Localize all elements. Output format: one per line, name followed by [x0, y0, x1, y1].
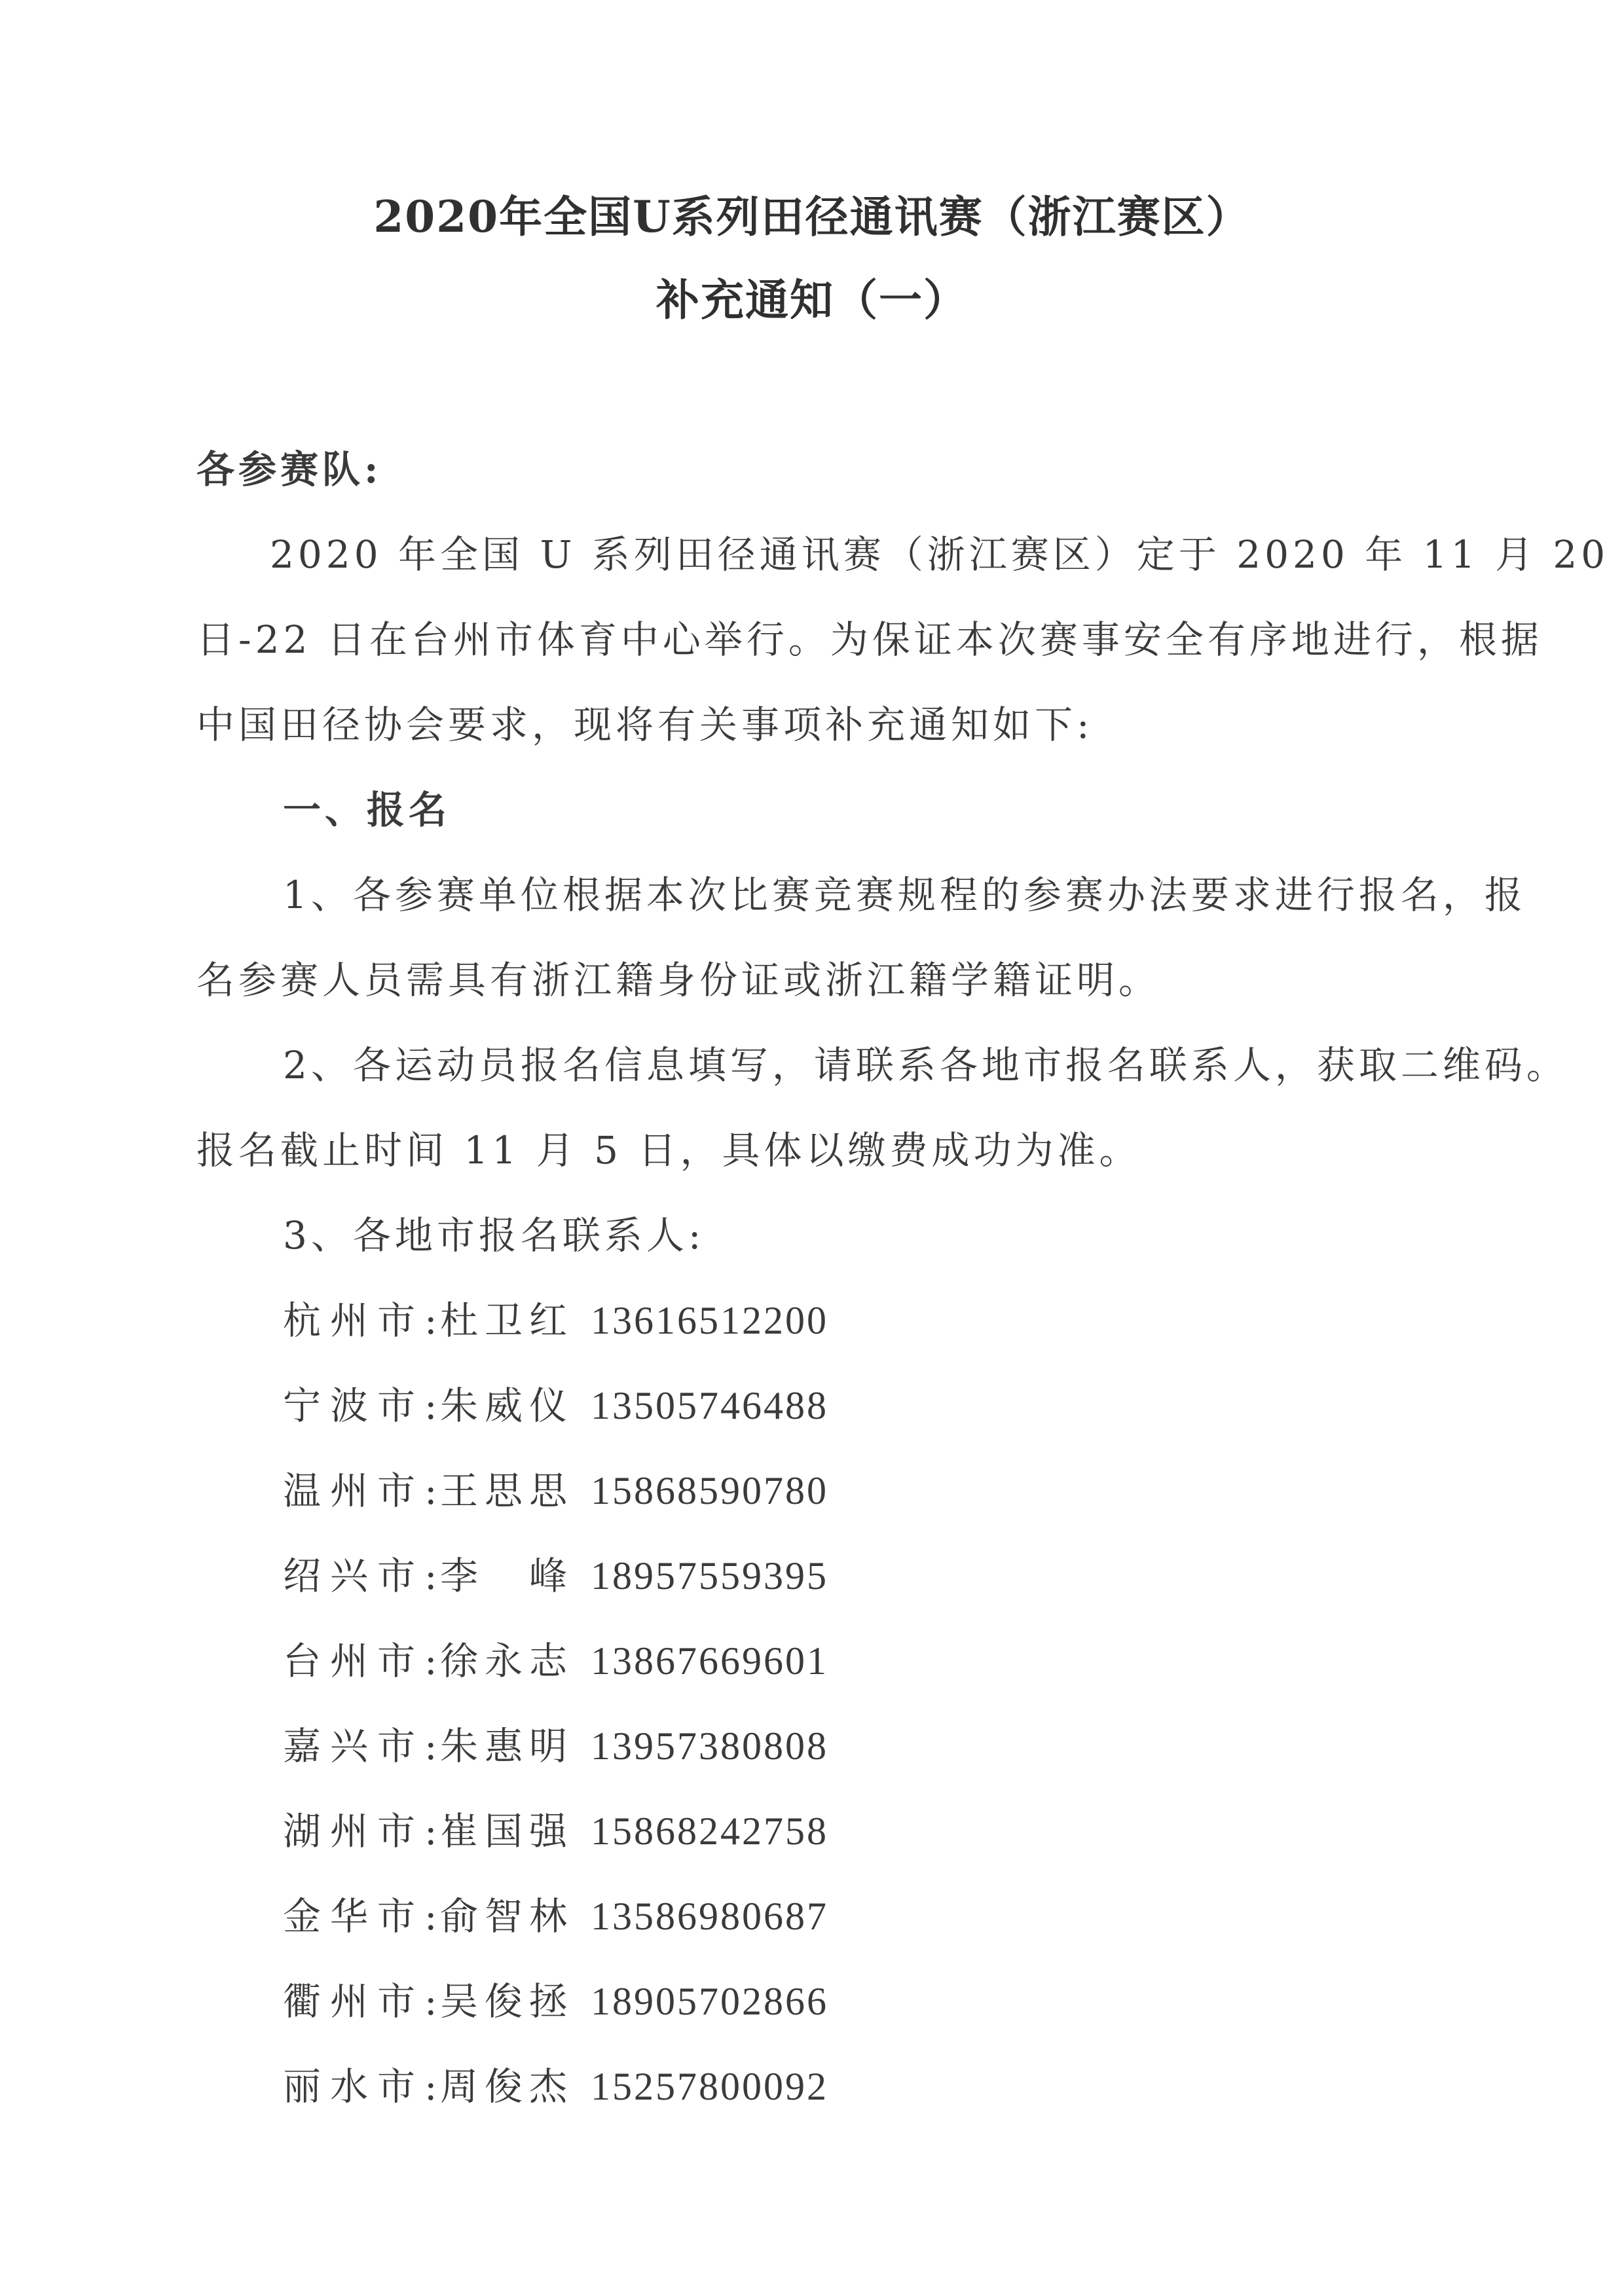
item1-line-1: 1、各参赛单位根据本次比赛竞赛规程的参赛办法要求进行报名，报: [283, 864, 1526, 919]
contact-city: 宁波市:: [283, 1375, 440, 1430]
contact-row: 宁波市: 朱威仪 13505746488: [283, 1375, 828, 1430]
item2-line-2: 报名截止时间 11 月 5 日，具体以缴费成功为准。: [196, 1120, 1141, 1175]
contact-row: 丽水市: 周俊杰 15257800092: [283, 2056, 828, 2111]
contact-row: 金华市: 俞智林 13586980687: [283, 1886, 828, 1941]
contact-city: 温州市:: [283, 1460, 440, 1515]
contact-name: 徐永志: [440, 1630, 591, 1685]
contact-phone: 15868590780: [591, 1468, 828, 1514]
document-subtitle: 补充通知（一）: [0, 265, 1624, 327]
contact-city: 衢州市:: [283, 1971, 440, 2026]
contact-name: 朱威仪: [440, 1375, 591, 1430]
contact-row: 衢州市: 吴俊拯 18905702866: [283, 1971, 828, 2026]
contact-name: 王思思: [440, 1460, 591, 1515]
contact-row: 温州市: 王思思 15868590780: [283, 1460, 828, 1515]
contact-phone: 13505746488: [591, 1383, 828, 1429]
item3-heading: 3、各地市报名联系人:: [283, 1205, 705, 1260]
salutation: 各参赛队:: [196, 439, 382, 494]
intro-line-3: 中国田径协会要求，现将有关事项补充通知如下:: [196, 694, 1094, 749]
item2-line-1: 2、各运动员报名信息填写，请联系各地市报名联系人，获取二维码。: [283, 1034, 1568, 1089]
section-heading-registration: 一、报名: [283, 779, 451, 834]
document-title: 2020年全国U系列田径通讯赛（浙江赛区）: [0, 182, 1624, 244]
contact-name: 崔国强: [440, 1800, 591, 1855]
contact-phone: 18905702866: [591, 1979, 828, 2024]
contact-name: 吴俊拯: [440, 1971, 591, 2026]
contact-row: 台州市: 徐永志 13867669601: [283, 1630, 828, 1685]
contact-phone: 15257800092: [591, 2064, 828, 2109]
contact-phone: 13586980687: [591, 1894, 828, 1939]
contact-name: 周俊杰: [440, 2056, 591, 2111]
contact-city: 湖州市:: [283, 1800, 440, 1855]
contact-name: 朱惠明: [440, 1715, 591, 1770]
intro-line-2: 日-22 日在台州市体育中心举行。为保证本次赛事安全有序地进行，根据: [196, 609, 1543, 664]
intro-line-1: 2020 年全国 U 系列田径通讯赛（浙江赛区）定于 2020 年 11 月 2…: [270, 524, 1609, 579]
contact-row: 杭州市: 杜卫红 13616512200: [283, 1290, 828, 1345]
contact-name: 杜卫红: [440, 1290, 591, 1345]
contact-row: 绍兴市: 李 峰 18957559395: [283, 1545, 828, 1600]
contact-phone: 18957559395: [591, 1554, 828, 1599]
contact-phone: 15868242758: [591, 1809, 828, 1854]
contact-phone: 13616512200: [591, 1298, 828, 1343]
contact-city: 台州市:: [283, 1630, 440, 1685]
item1-line-2: 名参赛人员需具有浙江籍身份证或浙江籍学籍证明。: [196, 949, 1160, 1004]
contact-city: 金华市:: [283, 1886, 440, 1941]
contact-name: 李 峰: [440, 1545, 591, 1600]
contact-city: 嘉兴市:: [283, 1715, 440, 1770]
contact-phone: 13867669601: [591, 1639, 828, 1684]
contact-row: 湖州市: 崔国强 15868242758: [283, 1800, 828, 1855]
contact-row: 嘉兴市: 朱惠明 13957380808: [283, 1715, 828, 1770]
contact-name: 俞智林: [440, 1886, 591, 1941]
contact-phone: 13957380808: [591, 1724, 828, 1769]
contact-city: 杭州市:: [283, 1290, 440, 1345]
contact-city: 丽水市:: [283, 2056, 440, 2111]
contact-city: 绍兴市:: [283, 1545, 440, 1600]
